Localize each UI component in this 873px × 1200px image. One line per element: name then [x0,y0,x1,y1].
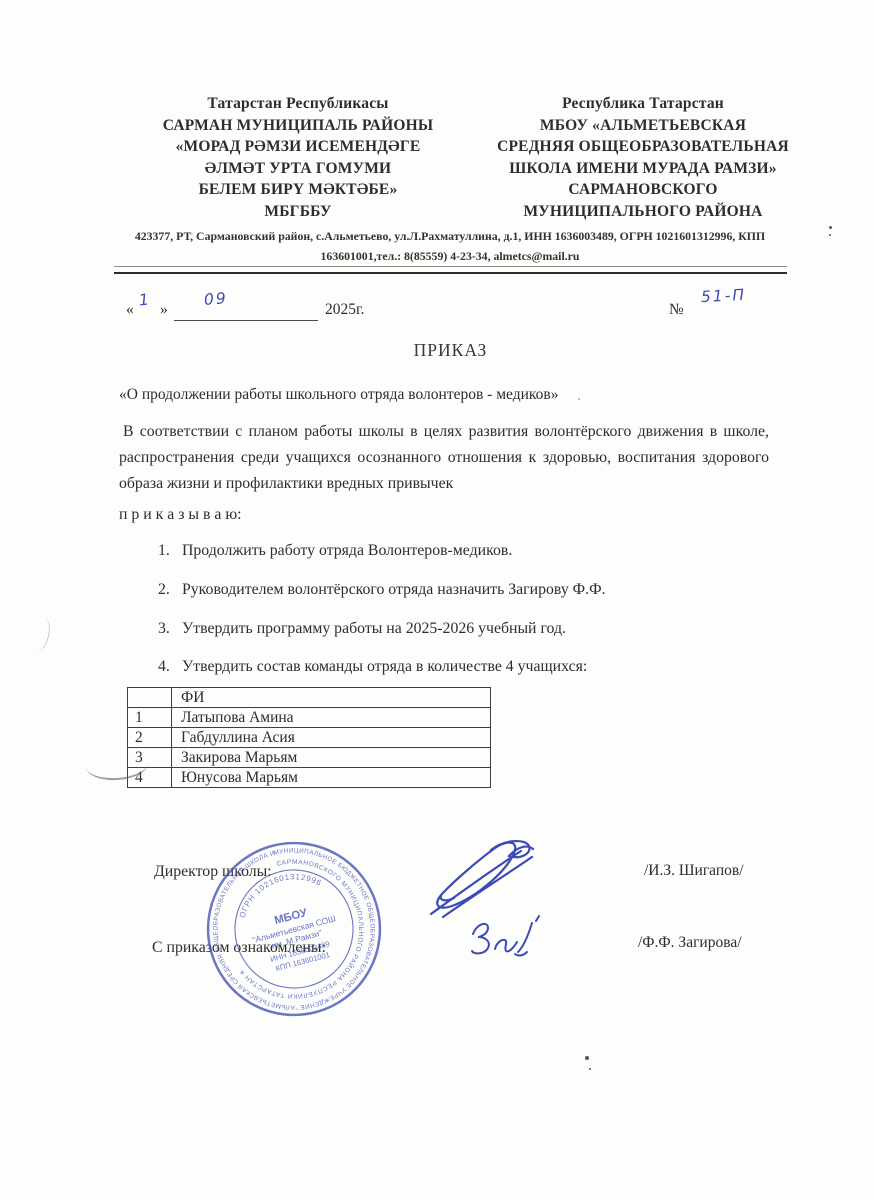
scan-artifact-curve [28,616,53,653]
row-number: 1 [128,708,172,728]
letterhead-line: «МОРАД РӘМЗИ ИСЕМЕНДӘГЕ [128,136,468,158]
school-round-stamp: МУНИЦИПАЛЬНОЕ БЮДЖЕТНОЕ ОБЩЕОБРАЗОВАТЕЛЬ… [186,821,402,1037]
order-subject: «О продолжении работы школьного отряда в… [119,386,558,404]
header-name-cell: ФИ [172,688,491,708]
item-text: Утвердить программу работы на 2025-2026 … [182,620,566,637]
letterhead-line: Республика Татарстан [468,93,818,115]
document-title: ПРИКАЗ [114,340,787,361]
acknowledged-signature-ink [466,914,558,968]
order-item-4: 4.Утвердить состав команды отряда в коли… [158,658,587,676]
letterhead-line: ӘЛМӘТ УРТА ГОМУМИ [128,158,468,180]
letterhead-line: БЕЛЕМ БИРҮ МӘКТӘБЕ» [128,179,468,201]
year-label: 2025г. [325,301,364,319]
item-text: Продолжить работу отряда Волонтеров-меди… [182,542,512,559]
order-item-1: 1.Продолжить работу отряда Волонтеров-ме… [158,542,512,560]
item-number: 2. [158,581,182,599]
item-text: Руководителем волонтёрского отряда назна… [182,581,606,598]
letterhead-address-line1: 423377, РТ, Сармановский район, с.Альмет… [100,229,800,244]
member-name: Закирова Марьям [172,748,491,768]
number-sign: № [669,301,684,319]
letterhead-line: Татарстан Республикасы [128,93,468,115]
item-number: 1. [158,542,182,560]
member-name: Латыпова Амина [172,708,491,728]
letterhead-line: СРЕДНЯЯ ОБЩЕОБРАЗОВАТЕЛЬНАЯ [468,136,818,158]
letterhead-line: МУНИЦИПАЛЬНОГО РАЙОНА [468,201,818,223]
letterhead-line: САРМАН МУНИЦИПАЛЬ РАЙОНЫ [128,115,468,137]
member-name: Габдуллина Асия [172,728,491,748]
table-header-row: ФИ [128,688,491,708]
month-blank-line [174,300,318,321]
director-name: /И.З. Шигапов/ [644,862,744,880]
preamble-paragraph: В соответствии с планом работы школы в ц… [119,419,769,497]
scan-speck [829,234,831,236]
item-number: 4. [158,658,182,676]
members-table: ФИ 1 Латыпова Амина 2 Габдуллина Асия 3 … [127,687,491,788]
handwritten-day: 1 [138,291,150,310]
row-number: 2 [128,728,172,748]
order-item-2: 2.Руководителем волонтёрского отряда наз… [158,581,606,599]
letterhead-russian: Республика Татарстан МБОУ «АЛЬМЕТЬЕВСКАЯ… [468,93,818,222]
scan-speck [829,226,832,229]
table-row: 2 Габдуллина Асия [128,728,491,748]
scan-speck [578,398,580,400]
director-signature-ink [428,836,546,920]
letterhead-line: САРМАНОВСКОГО [468,179,818,201]
table-row: 4 Юнусова Марьям [128,768,491,788]
letterhead-line: ШКОЛА ИМЕНИ МУРАДА РАМЗИ» [468,158,818,180]
item-text: Утвердить состав команды отряда в количе… [182,658,587,675]
row-number: 3 [128,748,172,768]
scanned-order-document: Татарстан Республикасы САРМАН МУНИЦИПАЛЬ… [0,0,873,1200]
item-number: 3. [158,620,182,638]
letterhead-tatar: Татарстан Республикасы САРМАН МУНИЦИПАЛЬ… [128,93,468,222]
row-number: 4 [128,768,172,788]
header-number-cell [128,688,172,708]
acknowledged-name: /Ф.Ф. Загирова/ [638,934,742,952]
open-quote: « [126,301,134,319]
order-word: п р и к а з ы в а ю: [119,506,242,524]
table-row: 3 Закирова Марьям [128,748,491,768]
letterhead-divider [114,266,787,274]
close-quote: » [160,301,168,319]
scan-speck [589,1068,591,1070]
order-item-3: 3.Утвердить программу работы на 2025-202… [158,620,566,638]
scan-speck [585,1056,589,1060]
table-row: 1 Латыпова Амина [128,708,491,728]
letterhead-address-line2: 163601001,тел.: 8(85559) 4-23-34, almetc… [100,249,800,264]
member-name: Юнусова Марьям [172,768,491,788]
letterhead-line: МБОУ «АЛЬМЕТЬЕВСКАЯ [468,115,818,137]
handwritten-order-number: 51-П [701,286,747,306]
letterhead-line: МБГББУ [128,201,468,223]
handwritten-month: 09 [203,289,228,309]
